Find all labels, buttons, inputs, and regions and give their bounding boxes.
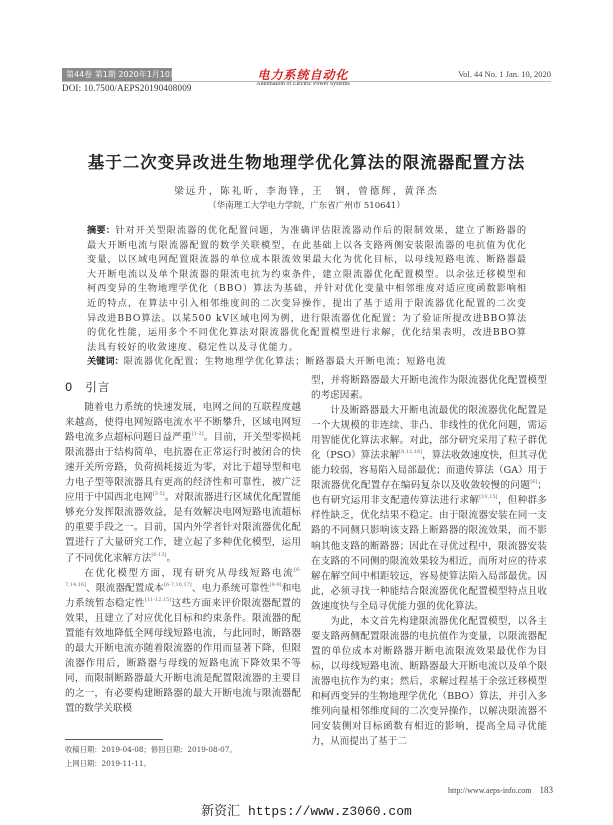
citation[interactable]: [3-5]: [153, 491, 165, 497]
citation[interactable]: [8-9]: [270, 582, 282, 588]
online-date: 上网日期：2019-11-11。: [65, 759, 151, 769]
footnote-divider: [65, 739, 163, 740]
section-title: 引言: [85, 380, 110, 394]
paragraph-text: 为此，本文首先构建限流器优化配置模型，以各主要支路两侧配置限流器的电抗值作为变量…: [311, 616, 547, 747]
paragraph: 计及断路器最大开断电流最优的限流器优化配置是一个大规模的非连续、非凸、非线性的优…: [311, 403, 547, 614]
body-column-right: 型，并将断路器最大开断电流作为限流器优化配置模型的考虑因素。 计及断路器最大开断…: [311, 373, 547, 749]
paper-title: 基于二次变异改进生物地理学优化算法的限流器配置方法: [0, 149, 613, 173]
citation[interactable]: [1-2]: [192, 431, 204, 437]
issue-bar: 第44卷 第1期 2020年1月10日: [62, 68, 172, 81]
citation[interactable]: [11-12,15]: [145, 597, 171, 603]
paragraph-text: 。: [166, 553, 176, 564]
paragraph-text: 型，并将断路器最大开断电流作为限流器优化配置模型的考虑因素。: [311, 375, 547, 401]
paragraph-text: 这些方面来评价限流器配置的效果，且建立了对应优化目标和约束条件。限流器的配置能有…: [65, 598, 301, 714]
author-list: 梁远升，陈礼昕，李海锋，王 钢，曾德辉，黄泽杰: [0, 183, 613, 197]
volume-info: Vol. 44 No. 1 Jan. 10, 2020: [458, 69, 551, 79]
paragraph: 型，并将断路器最大开断电流作为限流器优化配置模型的考虑因素。: [311, 373, 547, 403]
abstract-text: 针对开关型限流器的优化配置问题，为准确评估限流器动作后的限制效果，建立了断路器的…: [87, 225, 527, 353]
header-divider: [62, 81, 551, 82]
paragraph-text: 、电力系统可靠性: [192, 583, 270, 594]
paper-page: 第44卷 第1期 2020年1月10日 DOI: 10.7500/AEPS201…: [0, 0, 613, 825]
keywords-text: 限流器优化配置；生物地理学优化算法；断路器最大开断电流；短路电流: [124, 356, 447, 367]
abstract: 摘要：针对开关型限流器的优化配置问题，为准确评估限流器动作后的限制效果，建立了断…: [87, 224, 527, 355]
page-number: 183: [540, 785, 554, 795]
paragraph-text: 在优化模型方面，现有研究从母线短路电流: [84, 568, 294, 579]
paragraph: 为此，本文首先构建限流器优化配置模型，以各主要支路两侧配置限流器的电抗值作为变量…: [311, 614, 547, 749]
paragraph-text: 、限流器配置成本: [86, 583, 164, 594]
paragraph: 在优化模型方面，现有研究从母线短路电流[6-7,14,16]、限流器配置成本[6…: [65, 566, 301, 716]
page-footer: http://www.aeps-info.com183: [448, 785, 553, 795]
citation[interactable]: [10,15]: [479, 494, 497, 500]
paragraph-text: ，但种群多样性缺乏，优化结果不稳定。由于限流器安装在同一支路的不同侧只影响该支路…: [311, 495, 547, 611]
keywords-label: 关键词：: [87, 356, 124, 367]
citation[interactable]: [6-13]: [151, 552, 166, 558]
keywords: 关键词：限流器优化配置；生物地理学优化算法；断路器最大开断电流；短路电流: [87, 353, 527, 367]
section-heading: 0引言: [65, 380, 301, 395]
paragraph: 随着电力系统的快速发展，电网之间的互联程度越来越高，使得电网短路电流水平不断攀升…: [65, 400, 301, 566]
abstract-label: 摘要：: [87, 225, 115, 236]
body-column-left: 0引言 随着电力系统的快速发展，电网之间的互联程度越来越高，使得电网短路电流水平…: [65, 380, 301, 716]
received-date: 收稿日期：2019-04-08；修回日期：2019-08-07。: [65, 745, 237, 755]
watermark: 新资汇 https://www.z3060.com: [0, 800, 613, 819]
journal-url[interactable]: http://www.aeps-info.com: [448, 786, 531, 795]
citation[interactable]: [6-7,10,17]: [164, 582, 192, 588]
doi-link[interactable]: DOI: 10.7500/AEPS20190408009: [62, 83, 192, 93]
section-number: 0: [65, 380, 73, 394]
affiliation: （华南理工大学电力学院，广东省广州市 510641）: [0, 199, 613, 211]
citation[interactable]: [8,12,16]: [399, 449, 422, 455]
